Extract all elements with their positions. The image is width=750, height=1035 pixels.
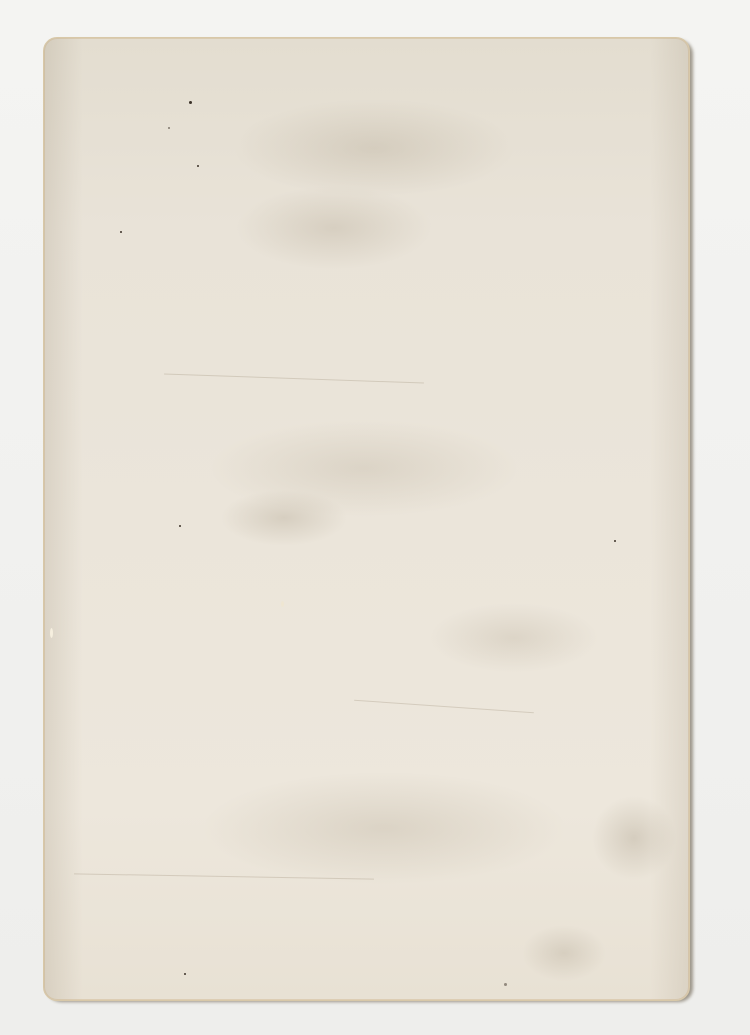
foxing-speck xyxy=(189,101,192,104)
foxing-speck xyxy=(120,231,122,233)
paper-scratch xyxy=(281,601,284,607)
antique-card-back xyxy=(43,37,690,1001)
foxing-speck xyxy=(179,525,181,527)
foxing-speck xyxy=(184,973,186,975)
foxing-speck xyxy=(168,127,170,129)
surface-scratch xyxy=(354,700,534,714)
edge-nick xyxy=(50,628,53,638)
surface-scratch xyxy=(74,873,374,879)
surface-scratch xyxy=(164,373,424,383)
foxing-speck xyxy=(197,165,199,167)
scan-background xyxy=(0,0,750,1035)
foxing-speck xyxy=(504,983,507,986)
foxing-speck xyxy=(614,540,616,542)
